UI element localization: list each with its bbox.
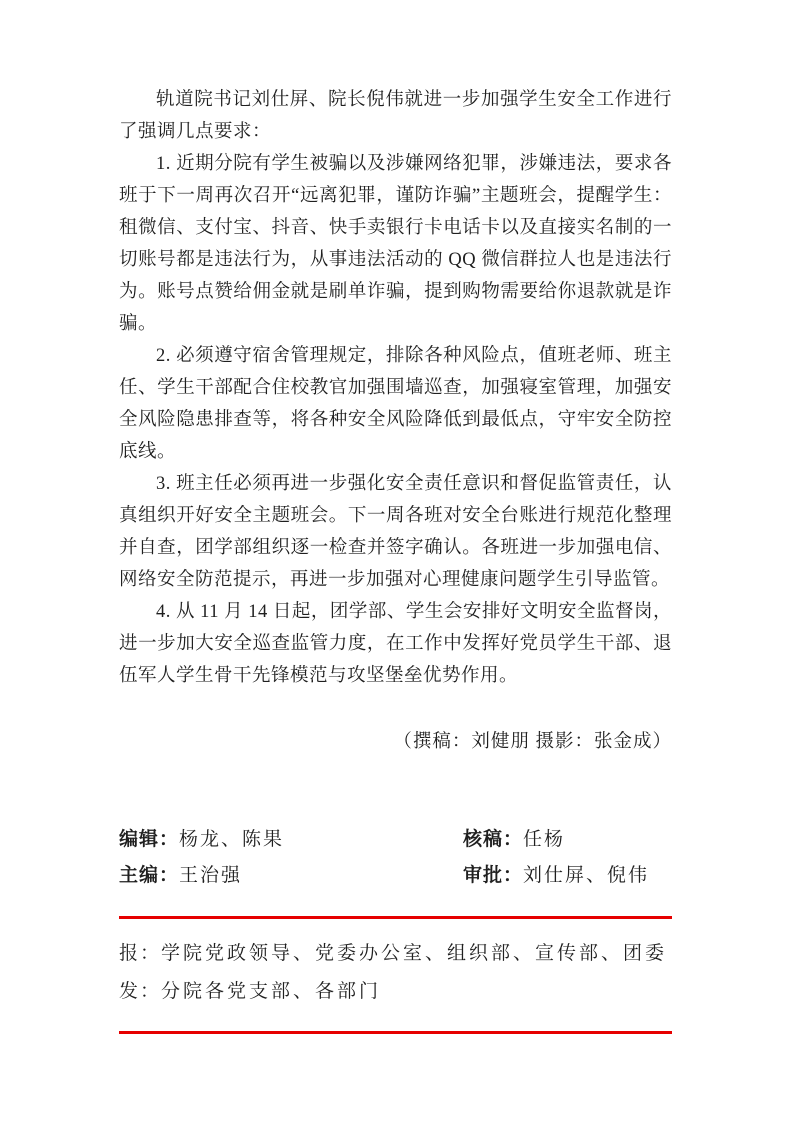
body-paragraph: 3. 班主任必须再进一步强化安全责任意识和督促监管责任，认真组织开好安全主题班会…: [119, 468, 672, 596]
editor-label: 编辑：: [119, 829, 179, 850]
document-page: 轨道院书记刘仕屏、院长倪伟就进一步加强学生安全工作进行了强调几点要求： 1. 近…: [0, 0, 793, 1122]
report-to-label: 报：: [119, 943, 161, 964]
chief-editor-value: 王治强: [179, 865, 242, 886]
approver-field: 审批：刘仕屏、倪伟: [463, 858, 672, 894]
bottom-red-divider: [119, 1031, 672, 1034]
body-paragraph: 4. 从 11 月 14 日起，团学部、学生会安排好文明安全监督岗，进一步加大安…: [119, 596, 672, 692]
issued-to-row: 发：分院各党支部、各部门: [119, 973, 672, 1011]
masthead-block: 编辑：杨龙、陈果 核稿：任杨 主编：王治强 审批：刘仕屏、倪伟: [119, 822, 672, 894]
reviewer-field: 核稿：任杨: [463, 822, 672, 858]
report-to-row: 报：学院党政领导、党委办公室、组织部、宣传部、团委: [119, 935, 672, 973]
issued-to-value: 分院各党支部、各部门: [161, 981, 381, 1002]
editor-field: 编辑：杨龙、陈果: [119, 822, 463, 858]
chief-editor-field: 主编：王治强: [119, 858, 463, 894]
reviewer-value: 任杨: [523, 829, 565, 850]
body-paragraph: 轨道院书记刘仕屏、院长倪伟就进一步加强学生安全工作进行了强调几点要求：: [119, 84, 672, 148]
approver-label: 审批：: [463, 865, 523, 886]
reviewer-label: 核稿：: [463, 829, 523, 850]
document-content: 轨道院书记刘仕屏、院长倪伟就进一步加强学生安全工作进行了强调几点要求： 1. 近…: [119, 84, 672, 1034]
report-to-value: 学院党政领导、党委办公室、组织部、宣传部、团委: [161, 943, 667, 964]
credit-line: （撰稿：刘健朋 摄影：张金成）: [119, 726, 672, 758]
chief-editor-label: 主编：: [119, 865, 179, 886]
top-red-divider: [119, 916, 672, 919]
editor-value: 杨龙、陈果: [179, 829, 284, 850]
distribution-block: 报：学院党政领导、党委办公室、组织部、宣传部、团委 发：分院各党支部、各部门: [119, 935, 672, 1011]
body-paragraph: 1. 近期分院有学生被骗以及涉嫌网络犯罪，涉嫌违法，要求各班于下一周再次召开“远…: [119, 148, 672, 340]
approver-value: 刘仕屏、倪伟: [523, 865, 649, 886]
issued-to-label: 发：: [119, 981, 161, 1002]
body-paragraph: 2. 必须遵守宿舍管理规定，排除各种风险点，值班老师、班主任、学生干部配合住校教…: [119, 340, 672, 468]
